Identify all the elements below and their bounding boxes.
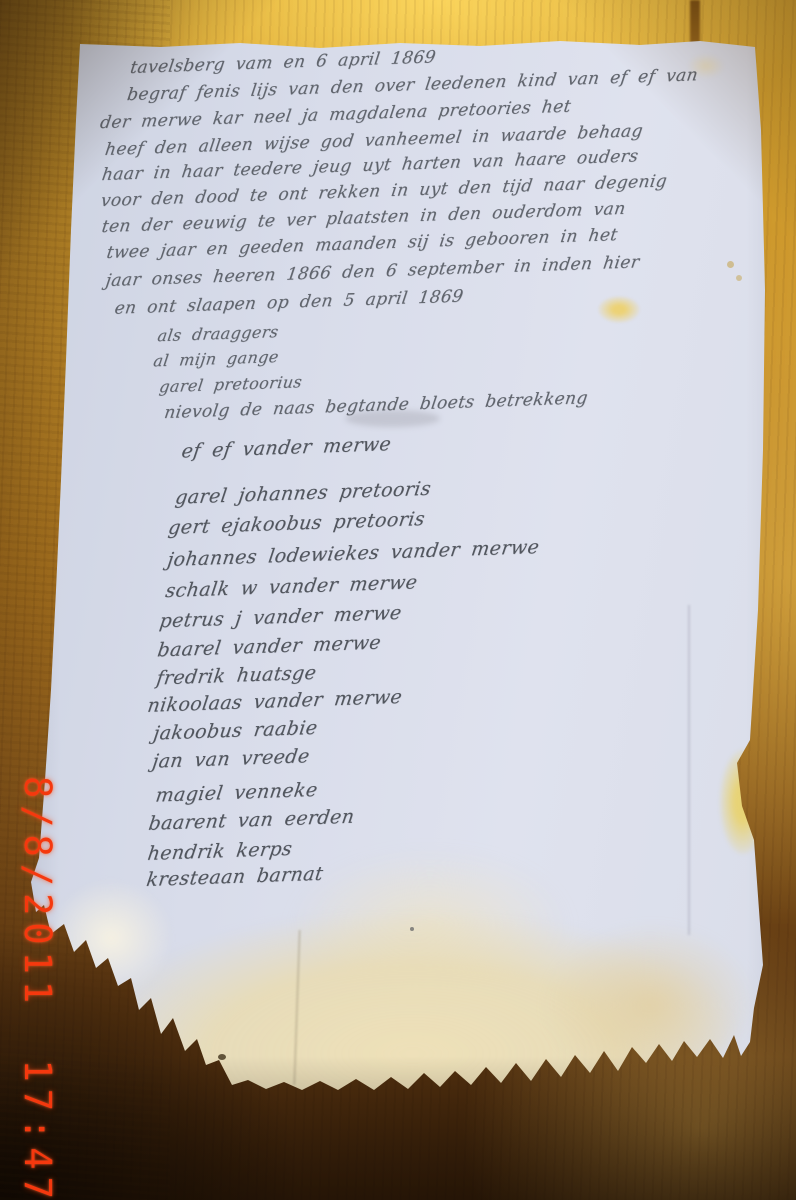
handwritten-line: schalk w vander merwe <box>164 571 419 602</box>
handwritten-line: gert ejakoobus pretooris <box>167 508 427 539</box>
camera-timestamp: 8/8/2011 17:47 <box>16 776 59 1200</box>
handwritten-line: magiel venneke <box>154 779 319 807</box>
handwritten-line: garel pretoorius <box>158 372 303 396</box>
handwritten-line: als draaggers <box>156 322 280 345</box>
handwritten-line: kresteaan barnat <box>145 863 325 891</box>
handwritten-line: en ont slaapen op den 5 april 1869 <box>113 286 465 318</box>
handwritten-line: garel johannes pretooris <box>174 478 433 509</box>
photo-of-document: tavelsberg vam en 6 april 1869 begraf fe… <box>0 0 796 1200</box>
handwritten-line: petrus j vander merwe <box>158 602 403 633</box>
handwritten-line: al mijn gange <box>152 347 280 370</box>
handwritten-line: ef ef vander merwe <box>180 433 392 462</box>
handwritten-line: hendrik kerps <box>146 838 294 865</box>
handwritten-line: johannes lodewiekes vander merwe <box>166 536 541 571</box>
handwritten-line: baarent van eerden <box>147 806 356 835</box>
handwritten-line: fredrik huatsge <box>155 662 318 690</box>
handwritten-line: nikoolaas vander merwe <box>146 686 404 717</box>
handwritten-line: jakoobus raabie <box>152 717 319 745</box>
handwritten-line: jan van vreede <box>151 745 311 773</box>
handwritten-line: tavelsberg vam en 6 april 1869 <box>129 47 437 78</box>
handwritten-line: baarel vander merwe <box>156 632 383 662</box>
